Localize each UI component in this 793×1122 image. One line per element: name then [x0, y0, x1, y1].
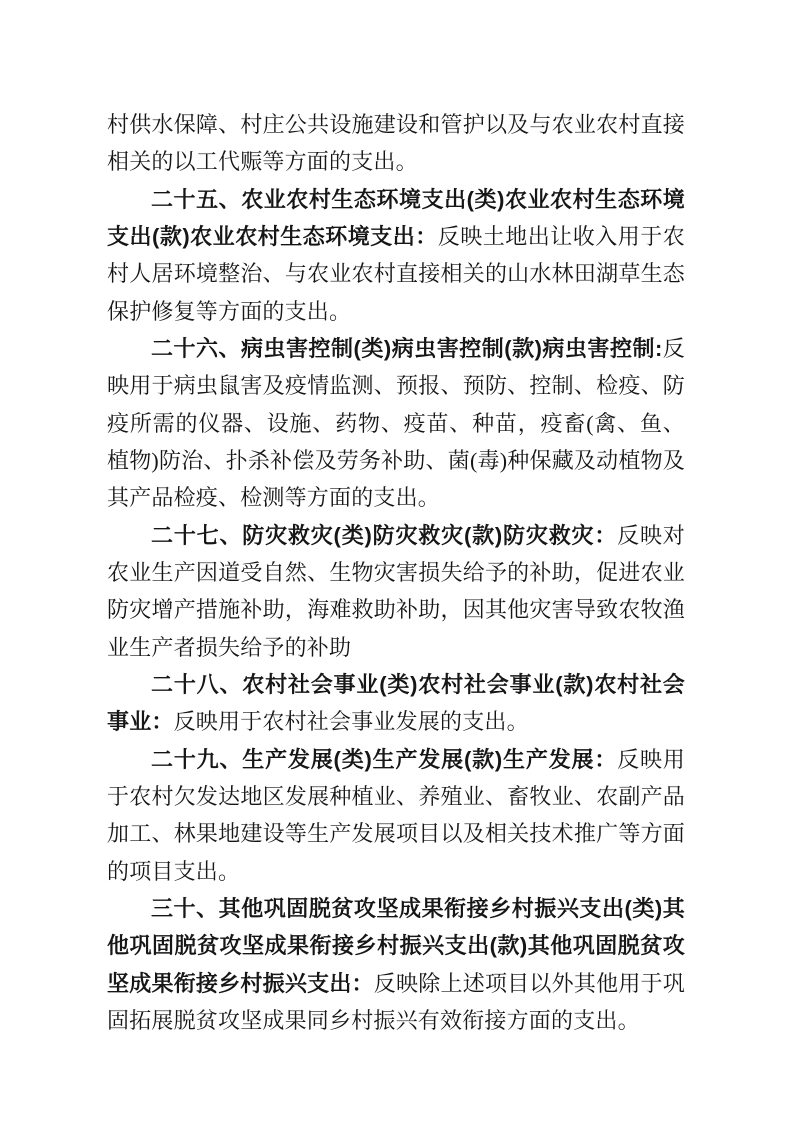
- paragraph-item-29: 二十九、生产发展(类)生产发展(款)生产发展：反映用于农村欠发达地区发展种植业、…: [107, 741, 685, 890]
- paragraph-lead: 二十六、病虫害控制(类)病虫害控制(款)病虫害控制:: [151, 336, 662, 361]
- document-text-block: 村供水保障、村庄公共设施建设和管护以及与农业农村直接相关的以工代赈等方面的支出。…: [107, 106, 685, 1039]
- paragraph-item-26: 二十六、病虫害控制(类)病虫害控制(款)病虫害控制:反映用于病虫鼠害及疫情监测、…: [107, 330, 685, 517]
- paragraph-lead: 二十七、防灾救灾(类)防灾救灾(款)防灾救灾：: [151, 523, 617, 548]
- paragraph-item-30: 三十、其他巩固脱贫攻坚成果衔接乡村振兴支出(类)其他巩固脱贫攻坚成果衔接乡村振兴…: [107, 890, 685, 1039]
- paragraph-continuation: 村供水保障、村庄公共设施建设和管护以及与农业农村直接相关的以工代赈等方面的支出。: [107, 106, 685, 181]
- paragraph-item-27: 二十七、防灾救灾(类)防灾救灾(款)防灾救灾：反映对农业生产因道受自然、生物灾害…: [107, 517, 685, 666]
- paragraph-item-28: 二十八、农村社会事业(类)农村社会事业(款)农村社会事业：反映用于农村社会事业发…: [107, 666, 685, 741]
- paragraph-body: 反映用于病虫鼠害及疫情监测、预报、预防、控制、检疫、防疫所需的仪器、设施、药物、…: [107, 336, 685, 510]
- paragraph-body: 村供水保障、村庄公共设施建设和管护以及与农业农村直接相关的以工代赈等方面的支出。: [107, 112, 685, 174]
- paragraph-lead: 二十九、生产发展(类)生产发展(款)生产发展：: [151, 747, 617, 772]
- paragraph-item-25: 二十五、农业农村生态环境支出(类)农业农村生态环境支出(款)农业农村生态环境支出…: [107, 181, 685, 330]
- paragraph-body: 反映用于农村社会事业发展的支出。: [174, 709, 529, 734]
- document-page: 村供水保障、村庄公共设施建设和管护以及与农业农村直接相关的以工代赈等方面的支出。…: [0, 0, 793, 1122]
